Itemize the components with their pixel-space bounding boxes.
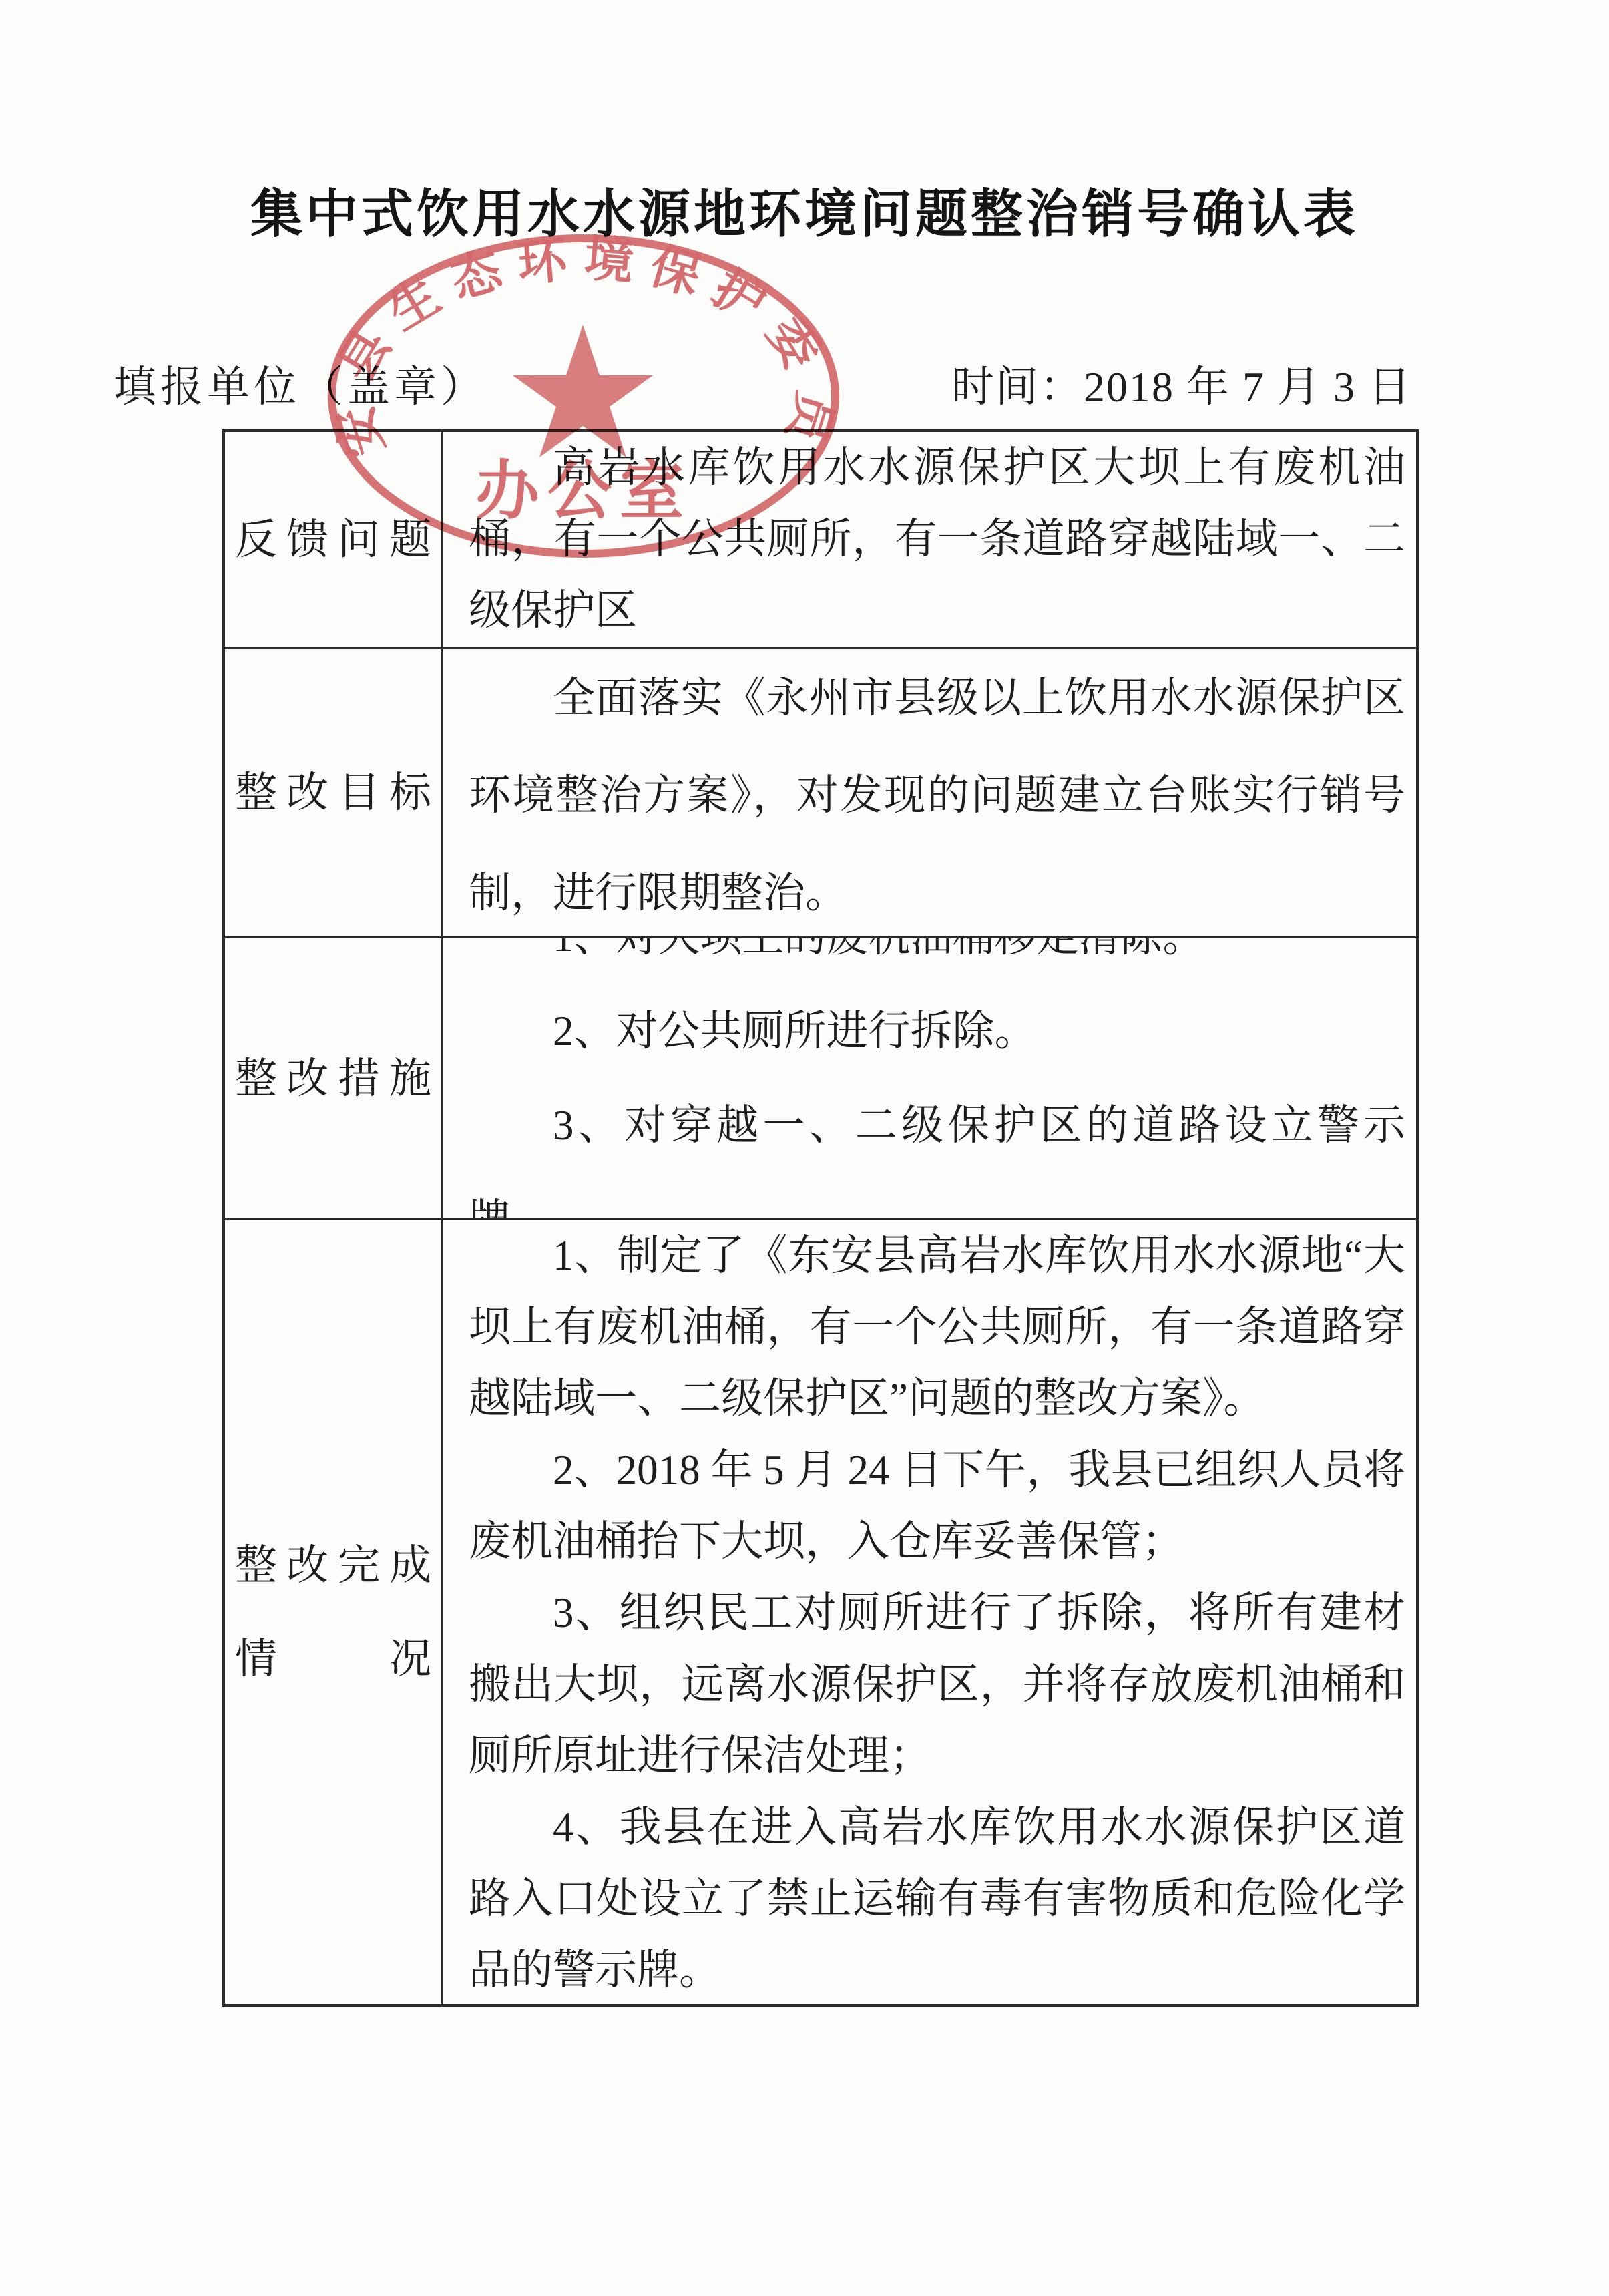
confirmation-form-table: 反馈问题 高岩水库饮用水水源保护区大坝上有废机油桶，有一个公共厕所，有一条道路穿… [222,429,1419,2007]
page-title: 集中式饮用水水源地环境问题整治销号确认表 [0,172,1609,247]
row-label-text: 情 况 [226,1612,441,1706]
rectification-measures-cell: 1、对大坝上的废机油桶移走清除。 2、对公共厕所进行拆除。 3、对穿越一、二级保… [443,936,1416,1218]
row-label-text: 反馈问题 [226,493,441,586]
measure-item: 1、对大坝上的废机油桶移走清除。 [469,936,1405,984]
feedback-problem-cell: 高岩水库饮用水水源保护区大坝上有废机油桶，有一个公共厕所，有一条道路穿越陆域一、… [443,432,1416,647]
rectification-goal-cell: 全面落实《永州市县级以上饮用水水源保护区环境整治方案》，对发现的问题建立台账实行… [443,647,1416,936]
measure-item: 3、对穿越一、二级保护区的道路设立警示牌。 [469,1079,1405,1219]
completion-paragraph: 2、2018 年 5 月 24 日下午，我县已组织人员将废机油桶抬下大坝，入仓库… [469,1434,1405,1577]
meta-row: 填报单位（盖章） 时间：2018 年 7 月 3 日 [0,353,1609,406]
seal-arc-text: 东安县生态环境保护委员会 [319,231,844,463]
row-label-completion-status: 整改完成 情 况 [225,1218,443,2004]
row-label-text: 整改目标 [226,746,441,839]
measure-item: 2、对公共厕所进行拆除。 [469,984,1405,1079]
completion-paragraph: 3、组织民工对厕所进行了拆除，将所有建材搬出大坝，远离水源保护区，并将存放废机油… [469,1577,1405,1792]
row-label-text: 整改措施 [226,1032,441,1125]
feedback-problem-text: 高岩水库饮用水水源保护区大坝上有废机油桶，有一个公共厕所，有一条道路穿越陆域一、… [469,432,1405,646]
rectification-goal-text: 全面落实《永州市县级以上饮用水水源保护区环境整治方案》，对发现的问题建立台账实行… [469,649,1405,936]
scanned-document-page: 集中式饮用水水源地环境问题整治销号确认表 填报单位（盖章） 时间：2018 年 … [0,0,1609,2296]
reporting-unit-label: 填报单位（盖章） [113,353,487,414]
row-label-rectification-goal: 整改目标 [225,647,443,936]
completion-paragraph: 1、制定了《东安县高岩水库饮用水水源地“大坝上有废机油桶，有一个公共厕所，有一条… [469,1220,1405,1434]
date-label: 时间：2018 年 7 月 3 日 [951,353,1412,414]
row-label-text: 整改完成 [226,1519,441,1612]
row-label-rectification-measures: 整改措施 [225,936,443,1218]
row-label-feedback-problem: 反馈问题 [225,432,443,647]
completion-paragraph: 4、我县在进入高岩水库饮用水水源保护区道路入口处设立了禁止运输有毒有害物质和危险… [469,1792,1405,2004]
completion-status-cell: 1、制定了《东安县高岩水库饮用水水源地“大坝上有废机油桶，有一个公共厕所，有一条… [443,1218,1416,2004]
